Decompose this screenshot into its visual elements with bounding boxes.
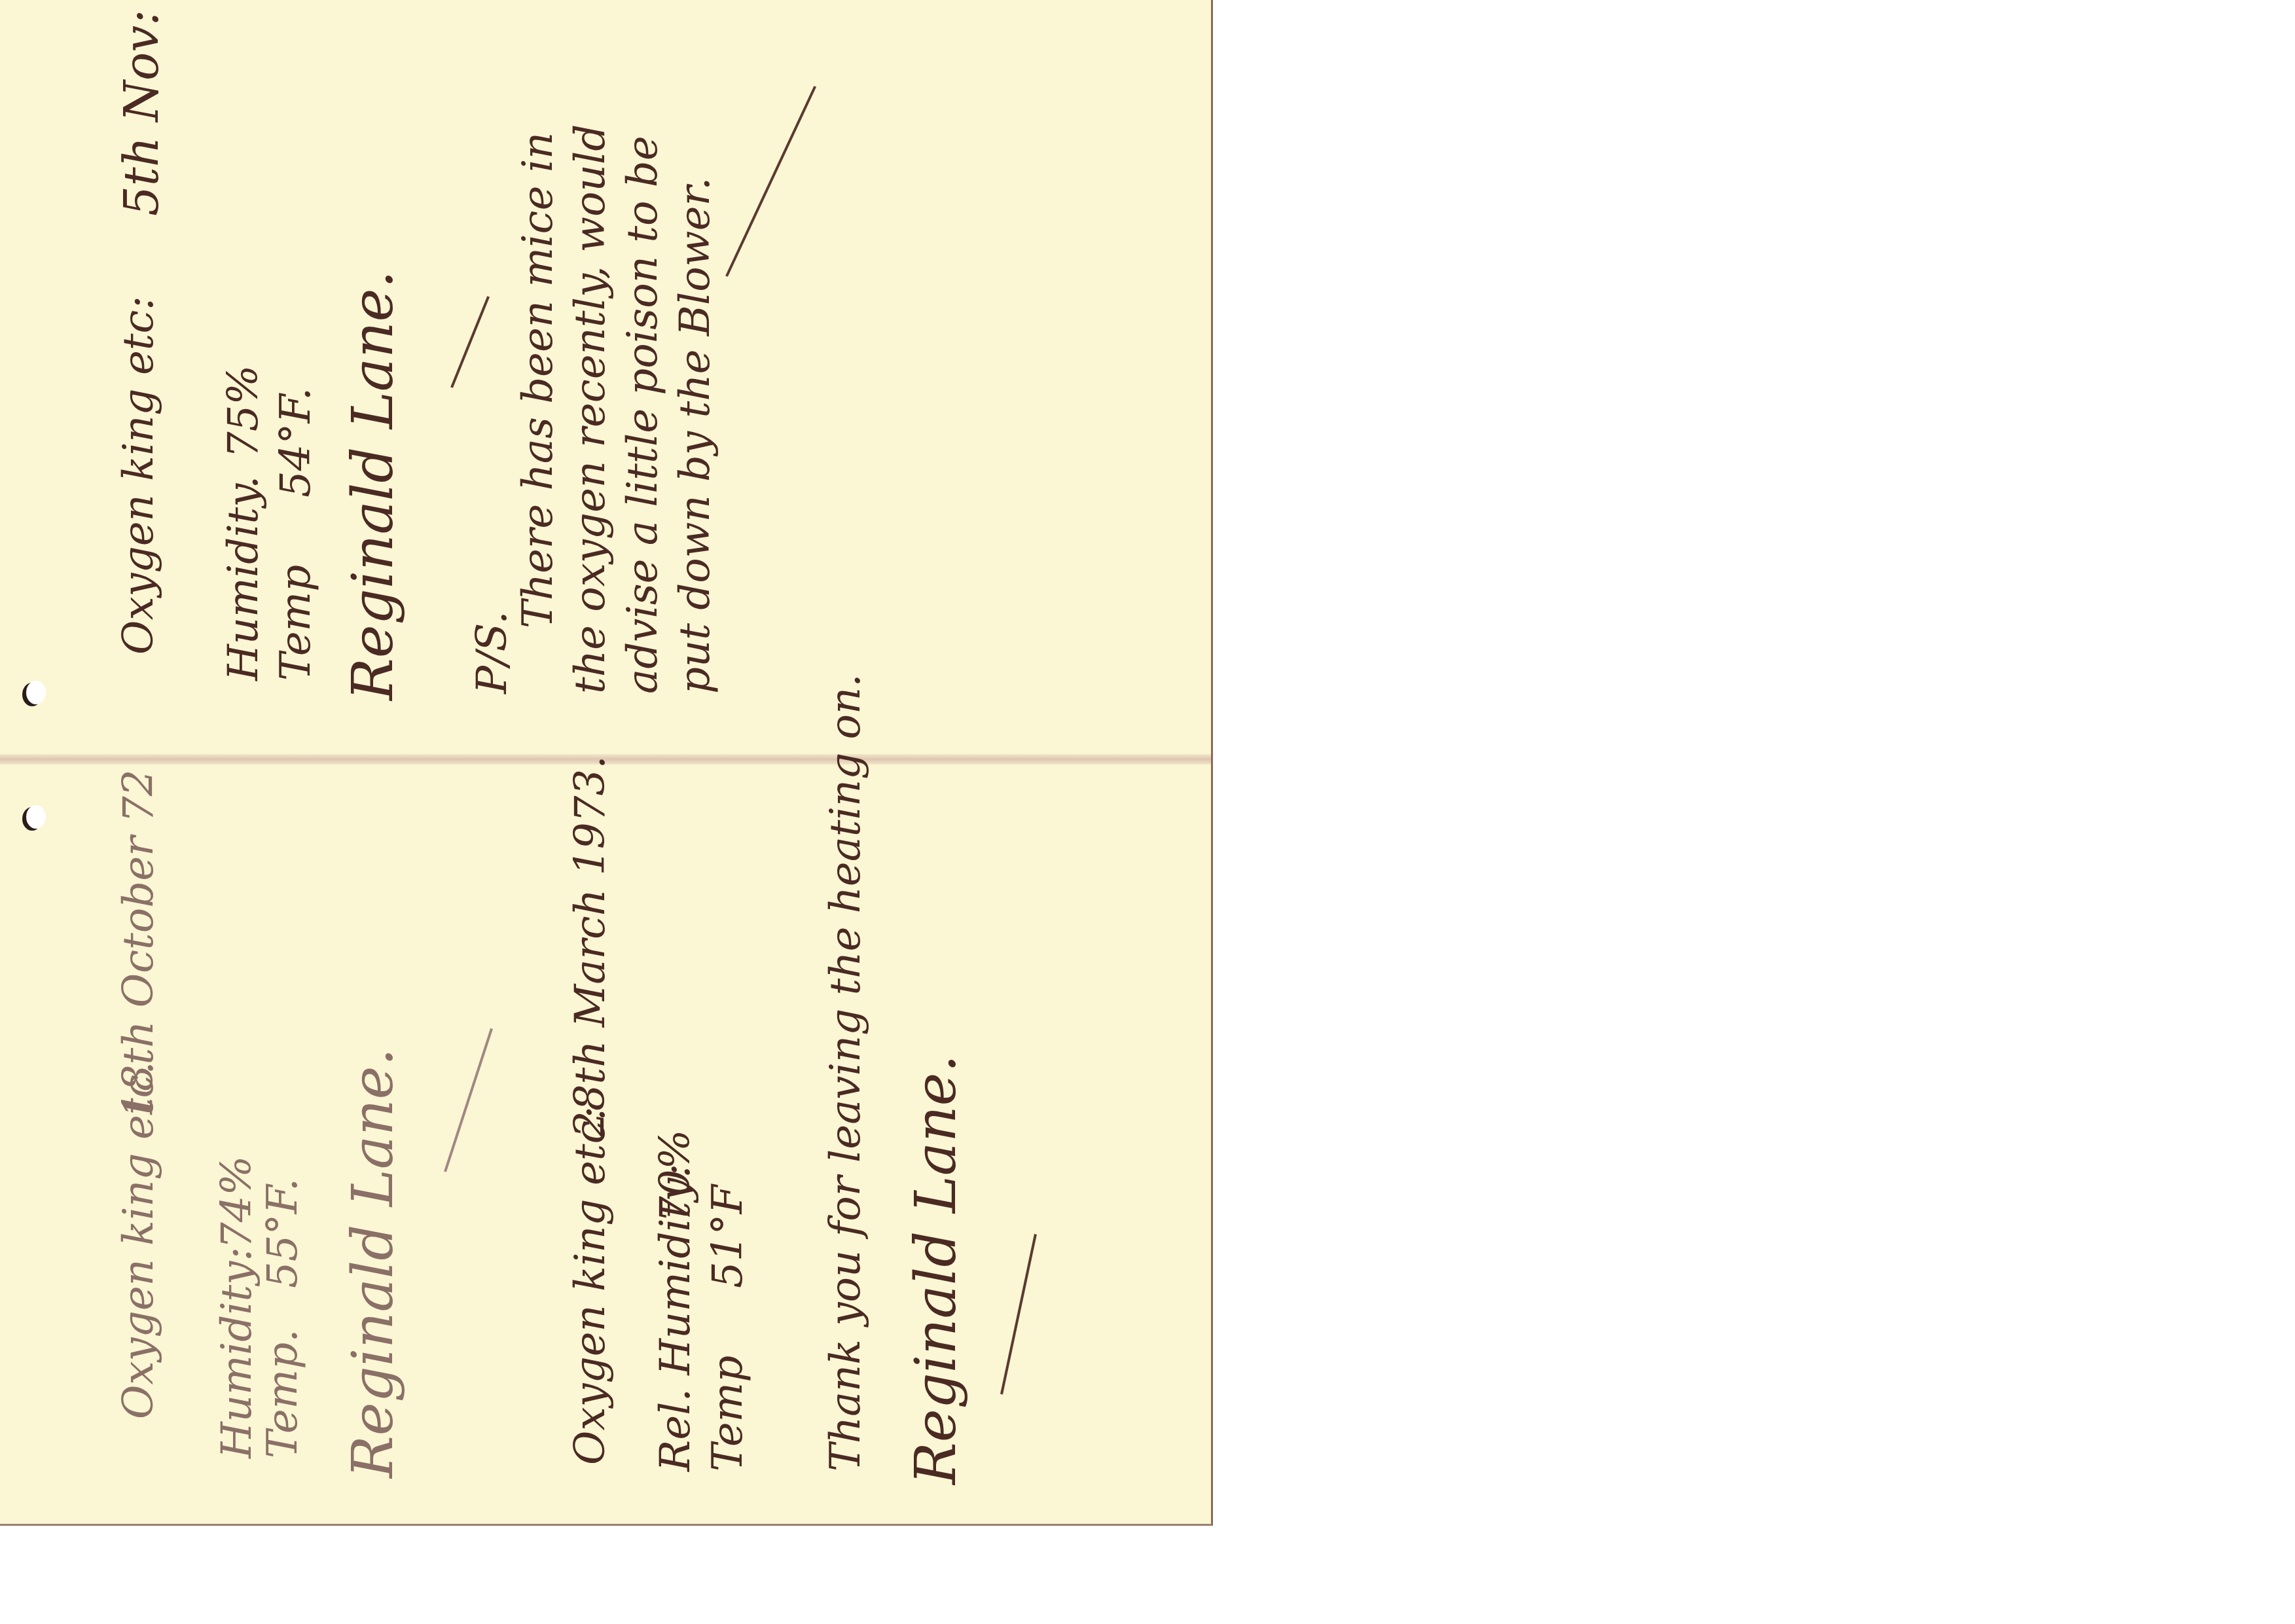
thank-you-note: Thank you for leaving the heating on. bbox=[825, 674, 867, 1471]
humidity-value: 70% bbox=[655, 1130, 696, 1223]
signature: Reginald Lane. bbox=[903, 1055, 969, 1485]
signature: Reginald Lane. bbox=[340, 1048, 406, 1478]
temp-label: Temp bbox=[707, 1356, 749, 1471]
ps-line: the oxygen recently, would bbox=[569, 124, 611, 694]
top-panel-entry-nov-1973: Oxygen king etc: 5th Nov: 1973 Humidity.… bbox=[0, 0, 1211, 754]
entry-date: 28th March 1973. bbox=[569, 755, 611, 1138]
ps-line: put down by the Blower. bbox=[674, 177, 716, 694]
entry-date: 18th October 72 bbox=[118, 770, 160, 1119]
entry-heading: Oxygen king etc: bbox=[118, 296, 160, 655]
signature-flourish bbox=[444, 1028, 493, 1172]
ps-line: advise a little poison to be bbox=[622, 135, 664, 694]
entry-heading: Oxygen king etc: bbox=[569, 1106, 611, 1465]
temp-value: 51°F bbox=[707, 1185, 749, 1288]
signature-flourish bbox=[450, 296, 490, 388]
bottom-panel: Oxygen king etc. 18th October 72 Humidit… bbox=[0, 765, 1211, 1524]
temp-label: Temp bbox=[275, 565, 317, 681]
humidity-label: Humidity. bbox=[223, 476, 264, 681]
signature: Reginald Lane. bbox=[340, 270, 406, 700]
temp-value: 54°F. bbox=[275, 388, 317, 497]
log-sheet-paper: Oxygen king etc: 5th Nov: 1973 Humidity.… bbox=[0, 0, 1213, 1526]
signature-underline bbox=[1000, 1234, 1037, 1394]
temp-label: Temp. bbox=[262, 1329, 304, 1458]
humidity-value: 75% bbox=[223, 365, 264, 458]
closing-stroke bbox=[725, 86, 816, 277]
ps-label: P/S. bbox=[471, 611, 513, 694]
entry-date: 5th Nov: 1973 bbox=[118, 0, 165, 216]
ps-line: There has been mice in bbox=[517, 132, 559, 628]
humidity-label: Humidity: bbox=[216, 1247, 258, 1458]
temp-value: 55°F. bbox=[262, 1178, 304, 1288]
humidity-value: 74% bbox=[216, 1156, 258, 1249]
